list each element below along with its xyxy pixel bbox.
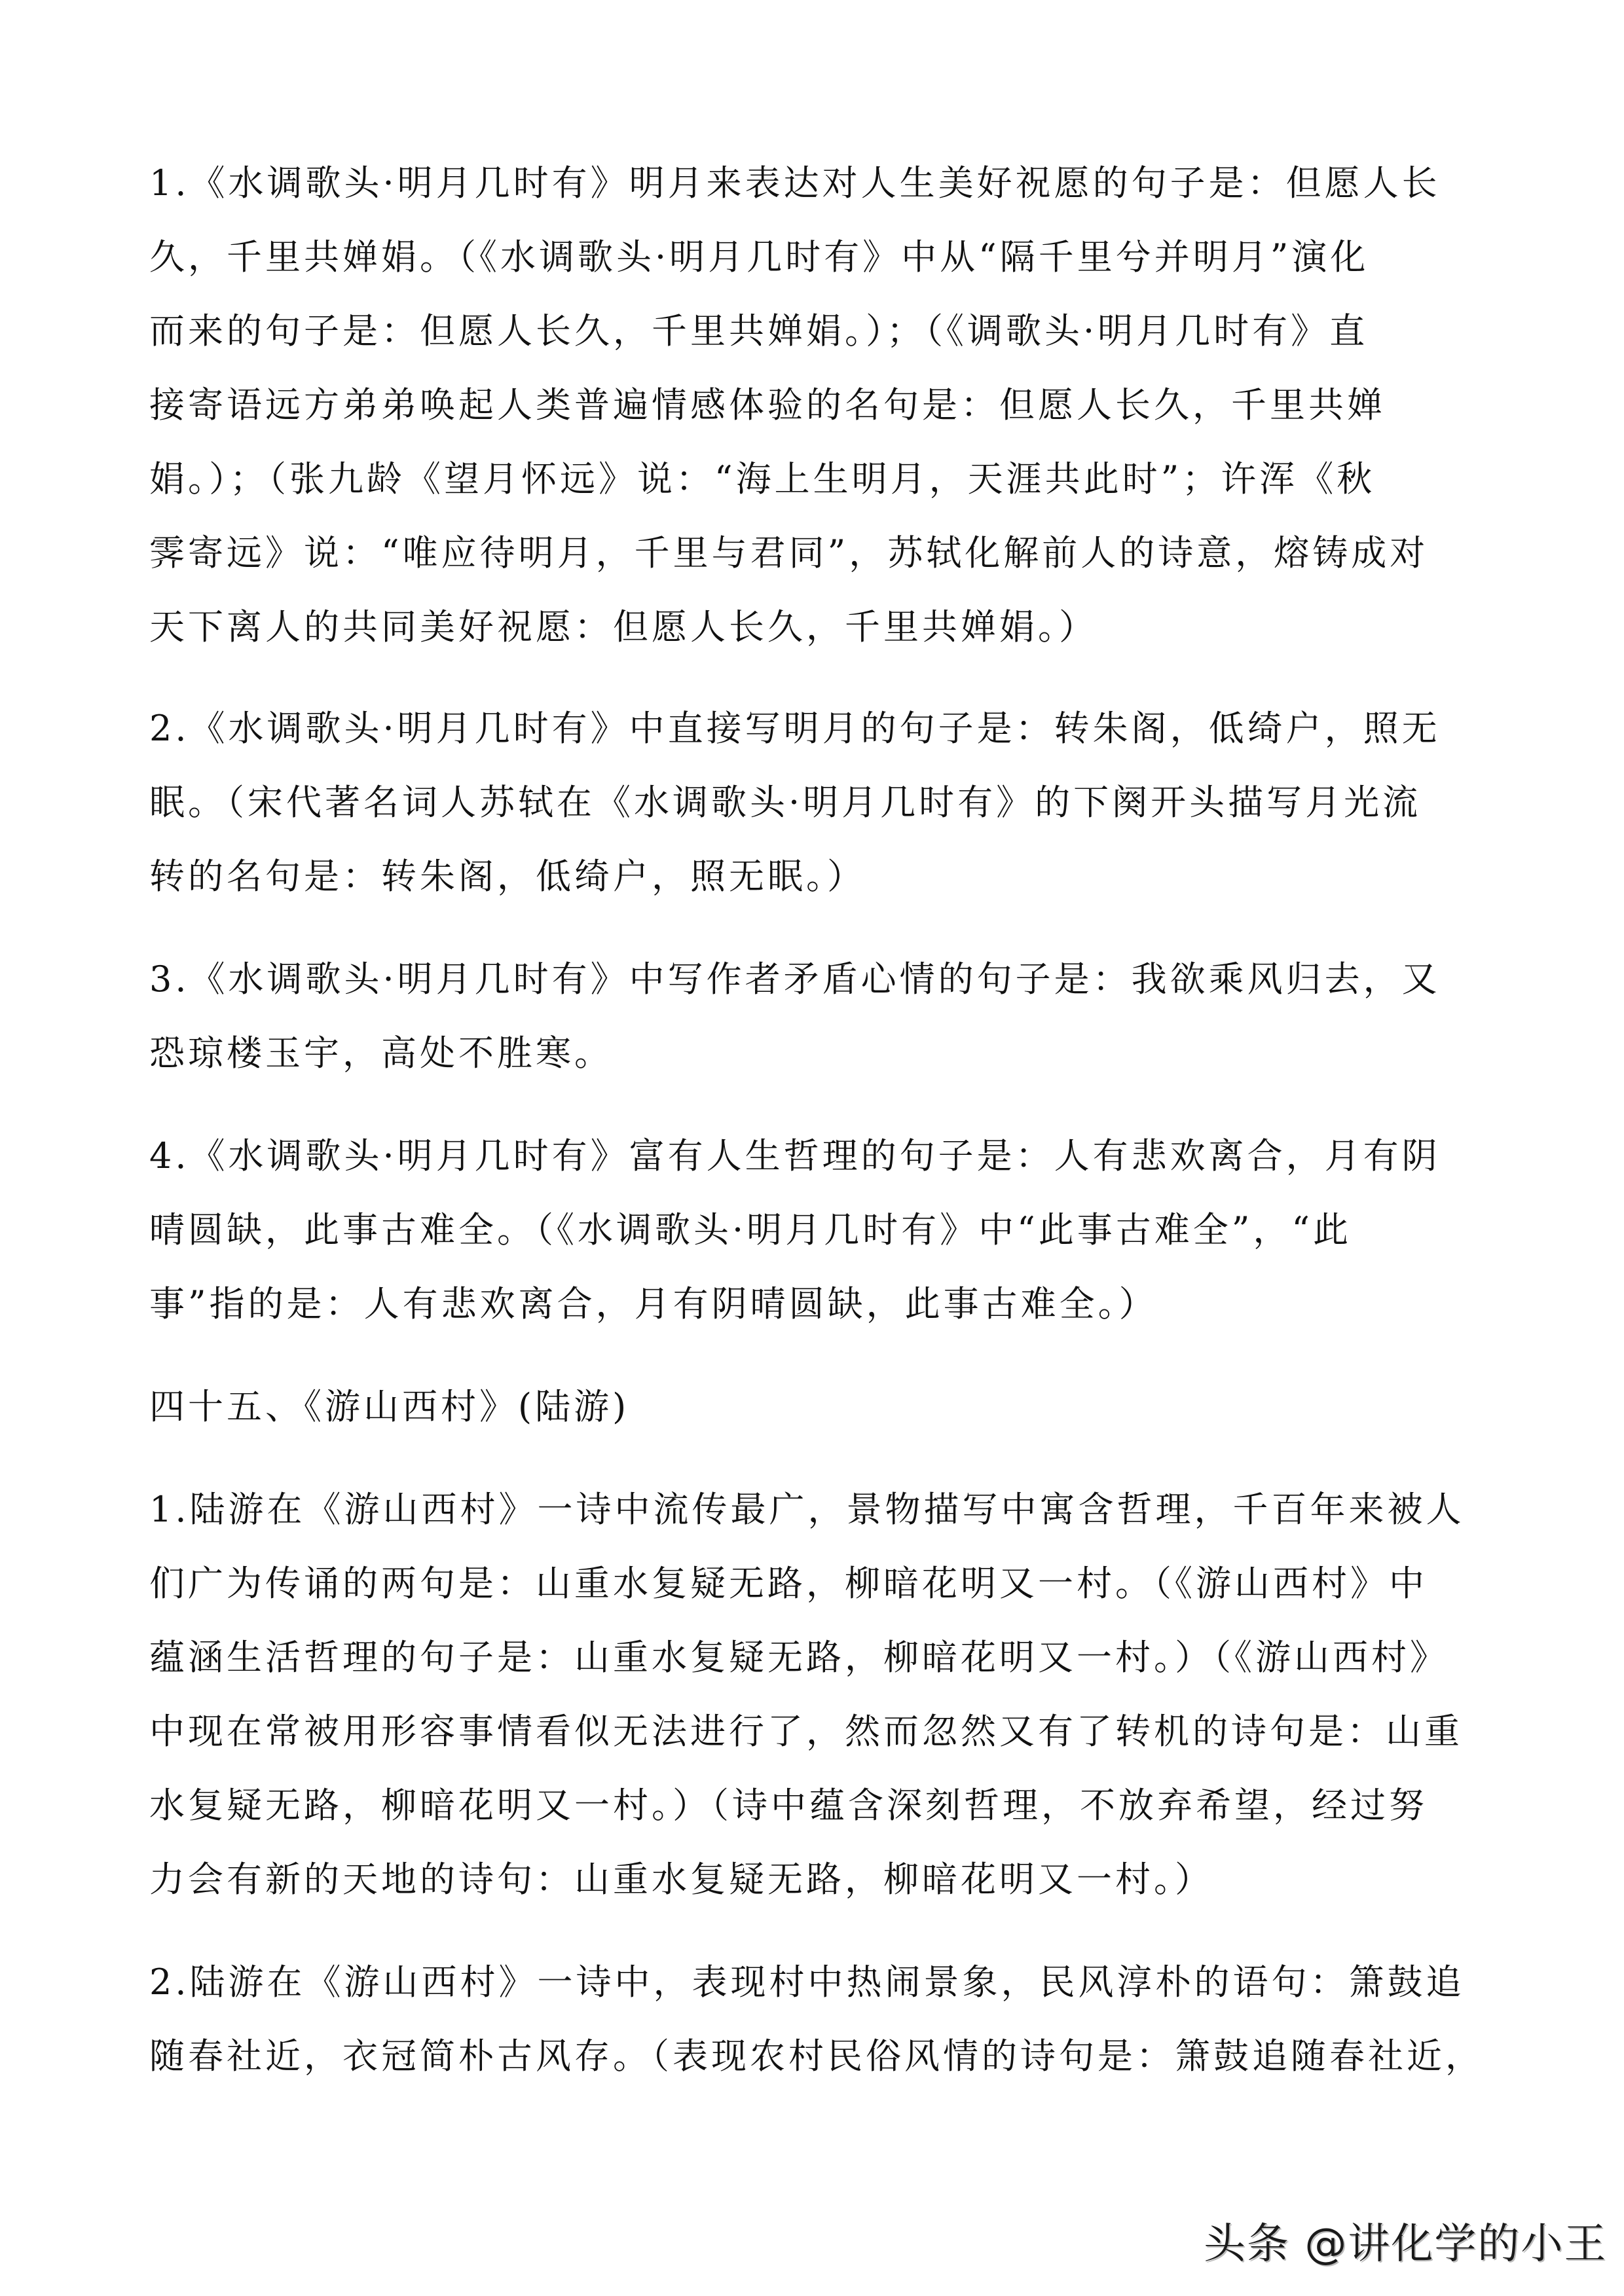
text-line: 娟。）；（张九龄《望月怀远》说：“海上生明月，天涯共此时”；许浑《秋	[149, 460, 1375, 499]
text-line: 随春社近，衣冠简朴古风存。（表现农村民俗风情的诗句是：箫鼓追随春社近，	[149, 2037, 1484, 2076]
text-line: 2.《水调歌头·明月几时有》中直接写明月的句子是：转朱阁，低绮户，照无	[149, 709, 1441, 748]
text-line: 们广为传诵的两句是：山重水复疑无路，柳暗花明又一村。（《游山西村》中	[149, 1564, 1428, 1603]
text-line: 恐琼楼玉宇，高处不胜寒。	[149, 1034, 613, 1073]
text-line: 2.陆游在《游山西村》一诗中，表现村中热闹景象，民风淳朴的语句：箫鼓追	[149, 1963, 1465, 2002]
text-line: 眠。（宋代著名词人苏轼在《水调歌头·明月几时有》的下阕开头描写月光流	[149, 783, 1421, 822]
text-line: 而来的句子是：但愿人长久，千里共婵娟。）；（《调歌头·明月几时有》直	[149, 312, 1368, 351]
text-line: 接寄语远方弟弟唤起人类普遍情感体验的名句是：但愿人长久，千里共婵	[149, 386, 1386, 425]
text-line: 中现在常被用形容事情看似无法进行了，然而忽然又有了转机的诗句是：山重	[149, 1712, 1463, 1751]
text-line: 4.《水调歌头·明月几时有》富有人生哲理的句子是：人有悲欢离合，月有阴	[149, 1137, 1441, 1176]
text-line: 晴圆缺，此事古难全。（《水调歌头·明月几时有》中“此事古难全”，“此	[149, 1211, 1352, 1250]
section-title: 四十五、《游山西村》(陆游)	[149, 1387, 629, 1427]
text-line: 霁寄远》说：“唯应待明月，千里与君同”，苏轼化解前人的诗意，熔铸成对	[149, 534, 1428, 573]
text-line: 水复疑无路，柳暗花明又一村。）（诗中蕴含深刻哲理，不放弃希望，经过努	[149, 1786, 1428, 1825]
text-line: 事”指的是：人有悲欢离合，月有阴晴圆缺，此事古难全。）	[149, 1285, 1158, 1324]
document-page: 1.《水调歌头·明月几时有》明月来表达对人生美好祝愿的句子是：但愿人长 久，千里…	[0, 0, 1624, 2296]
text-line: 天下离人的共同美好祝愿：但愿人长久，千里共婵娟。）	[149, 608, 1098, 647]
text-line: 久，千里共婵娟。（《水调歌头·明月几时有》中从“隔千里兮并明月”演化	[149, 238, 1369, 277]
text-line: 1.《水调歌头·明月几时有》明月来表达对人生美好祝愿的句子是：但愿人长	[149, 164, 1441, 203]
text-line: 蕴涵生活哲理的句子是：山重水复疑无路，柳暗花明又一村。）（《游山西村》	[149, 1638, 1449, 1677]
text-line: 力会有新的天地的诗句：山重水复疑无路，柳暗花明又一村。）	[149, 1860, 1213, 1899]
text-line: 3.《水调歌头·明月几时有》中写作者矛盾心情的句子是：我欲乘风归去，又	[149, 960, 1441, 999]
watermark: 头条 @讲化学的小王	[1204, 2218, 1607, 2270]
text-line: 1.陆游在《游山西村》一诗中流传最广，景物描写中寓含哲理，千百年来被人	[149, 1490, 1465, 1529]
text-line: 转的名句是：转朱阁，低绮户，照无眠。）	[149, 857, 866, 896]
